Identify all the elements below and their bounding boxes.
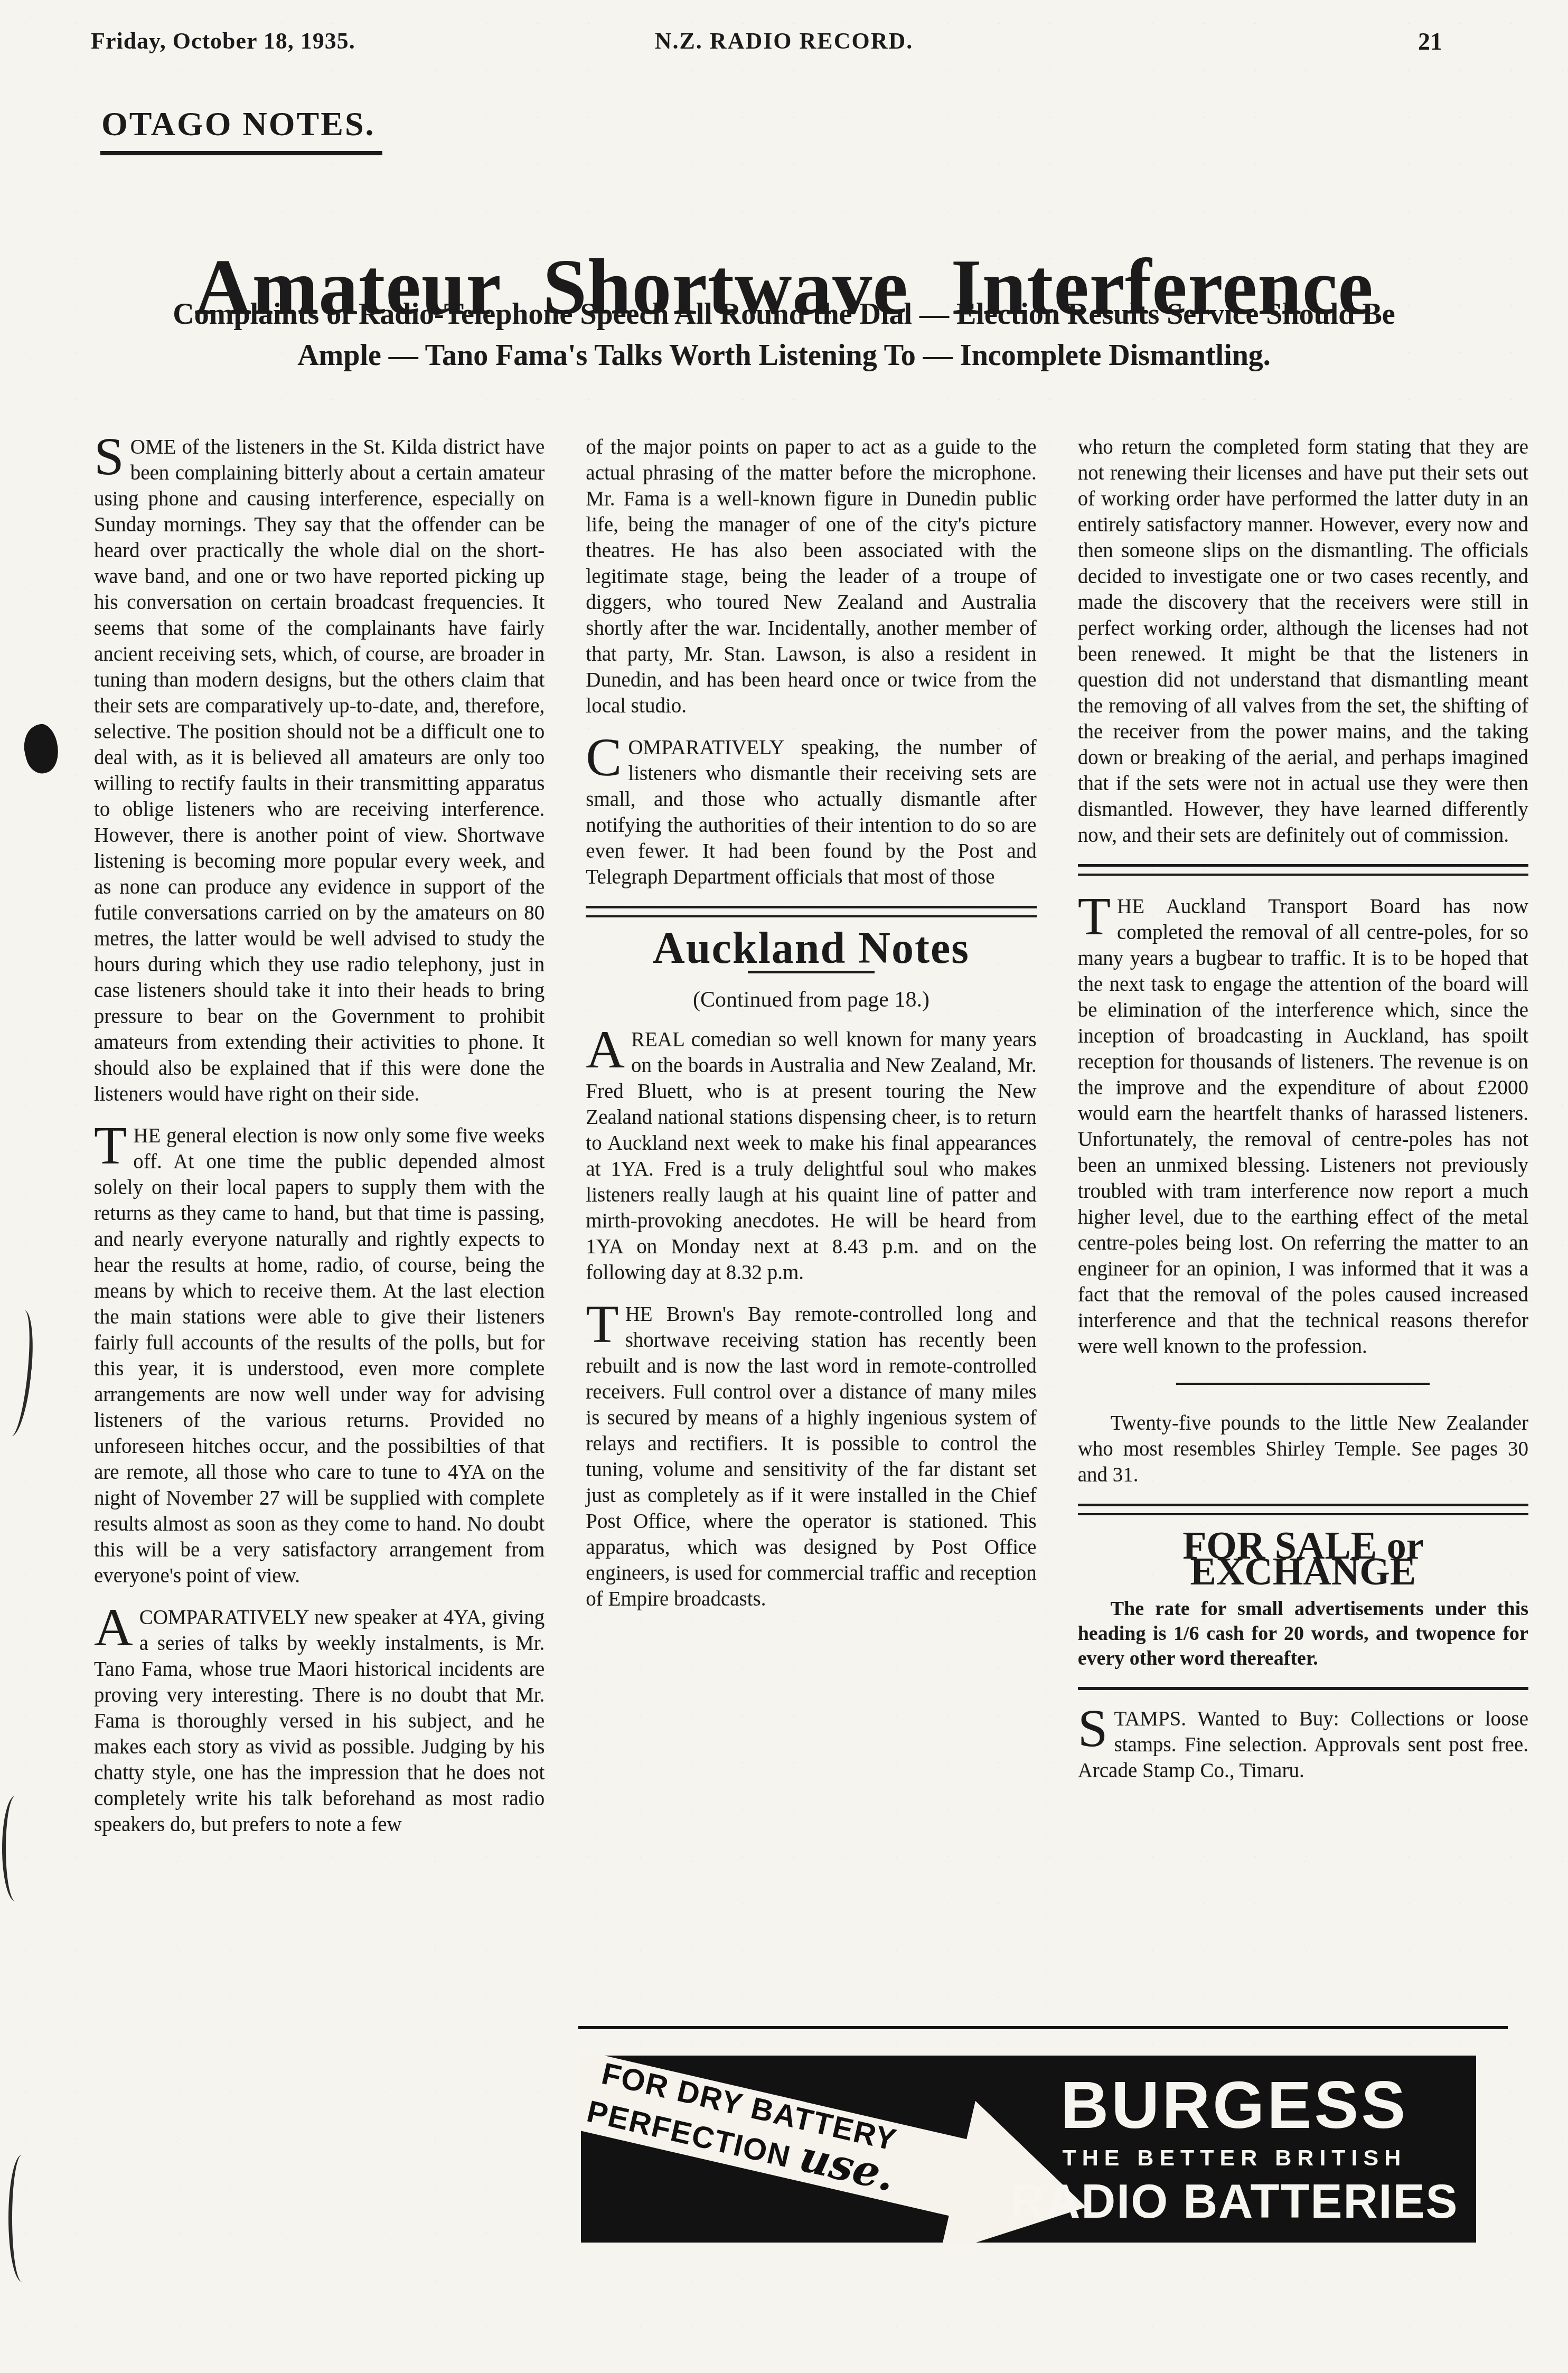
article-paragraph: SOME of the listeners in the St. Kilda d… bbox=[94, 434, 544, 1107]
article-paragraph: COMPARATIVELY speaking, the number of li… bbox=[586, 735, 1036, 890]
sub-headline: Complaints of Radio-Telephone Speech All… bbox=[137, 294, 1431, 376]
advert-top-rule bbox=[578, 2026, 1508, 2029]
article-paragraph: THE Auckland Transport Board has now com… bbox=[1078, 894, 1528, 1359]
drop-cap: S bbox=[1078, 1706, 1114, 1750]
article-paragraph: THE general election is now only some fi… bbox=[94, 1123, 544, 1589]
article-paragraph: Twenty-five pounds to the little New Zea… bbox=[1078, 1410, 1528, 1488]
publication-title: N.Z. RADIO RECORD. bbox=[0, 27, 1568, 54]
auckland-notes-heading: Auckland Notes bbox=[586, 935, 1036, 973]
brand-tagline: THE BETTER BRITISH bbox=[1062, 2145, 1406, 2171]
brand-product: RADIO BATTERIES bbox=[1010, 2180, 1458, 2225]
drop-cap: C bbox=[586, 735, 628, 779]
page-number: 21 bbox=[1418, 27, 1442, 55]
divider-rule bbox=[586, 906, 1036, 917]
article-paragraph: THE Brown's Bay remote-controlled long a… bbox=[586, 1301, 1036, 1612]
drop-cap: T bbox=[94, 1123, 133, 1167]
divider-rule bbox=[1176, 1383, 1430, 1385]
ink-mark bbox=[19, 721, 63, 777]
brand-name: BURGESS bbox=[1060, 2074, 1408, 2137]
newspaper-page: Friday, October 18, 1935. N.Z. RADIO REC… bbox=[0, 0, 1568, 2373]
drop-cap: T bbox=[1078, 894, 1117, 938]
article-columns: SOME of the listeners in the St. Kilda d… bbox=[94, 434, 1528, 1853]
ink-mark bbox=[0, 1309, 37, 1438]
article-paragraph: AREAL comedian so well known for many ye… bbox=[586, 1027, 1036, 1286]
divider-rule bbox=[1078, 1504, 1528, 1515]
burgess-advertisement: FOR DRY BATTERY PERFECTIONuse. BURGESS T… bbox=[581, 2056, 1476, 2243]
masthead: Friday, October 18, 1935. N.Z. RADIO REC… bbox=[0, 27, 1568, 64]
drop-cap: A bbox=[586, 1027, 631, 1071]
article-paragraph: who return the completed form stating th… bbox=[1078, 434, 1528, 848]
ink-mark bbox=[8, 2155, 35, 2282]
advert-brand-block: BURGESS THE BETTER BRITISH RADIO BATTERI… bbox=[1011, 2056, 1459, 2243]
divider-rule bbox=[1078, 1687, 1528, 1690]
drop-cap: T bbox=[586, 1301, 625, 1346]
article-paragraph: STAMPS. Wanted to Buy: Collections or lo… bbox=[1078, 1706, 1528, 1784]
divider-rule bbox=[1078, 864, 1528, 876]
continued-note: (Continued from page 18.) bbox=[586, 987, 1036, 1013]
advert-arrow-text: FOR DRY BATTERY PERFECTIONuse. bbox=[581, 2056, 933, 2207]
column-1: SOME of the listeners in the St. Kilda d… bbox=[94, 434, 544, 1853]
article-paragraph: of the major points on paper to act as a… bbox=[586, 434, 1036, 719]
column-2: of the major points on paper to act as a… bbox=[586, 434, 1036, 1853]
section-label: OTAGO NOTES. bbox=[100, 105, 382, 155]
column-3: who return the completed form stating th… bbox=[1078, 434, 1528, 1853]
for-sale-heading: FOR SALE or EXCHANGE bbox=[1078, 1533, 1528, 1585]
drop-cap: A bbox=[94, 1605, 139, 1649]
drop-cap: S bbox=[94, 434, 130, 479]
ink-mark bbox=[2, 1796, 29, 1901]
article-paragraph: The rate for small advertisements under … bbox=[1078, 1597, 1528, 1671]
article-paragraph: ACOMPARATIVELY new speaker at 4YA, givin… bbox=[94, 1605, 544, 1837]
